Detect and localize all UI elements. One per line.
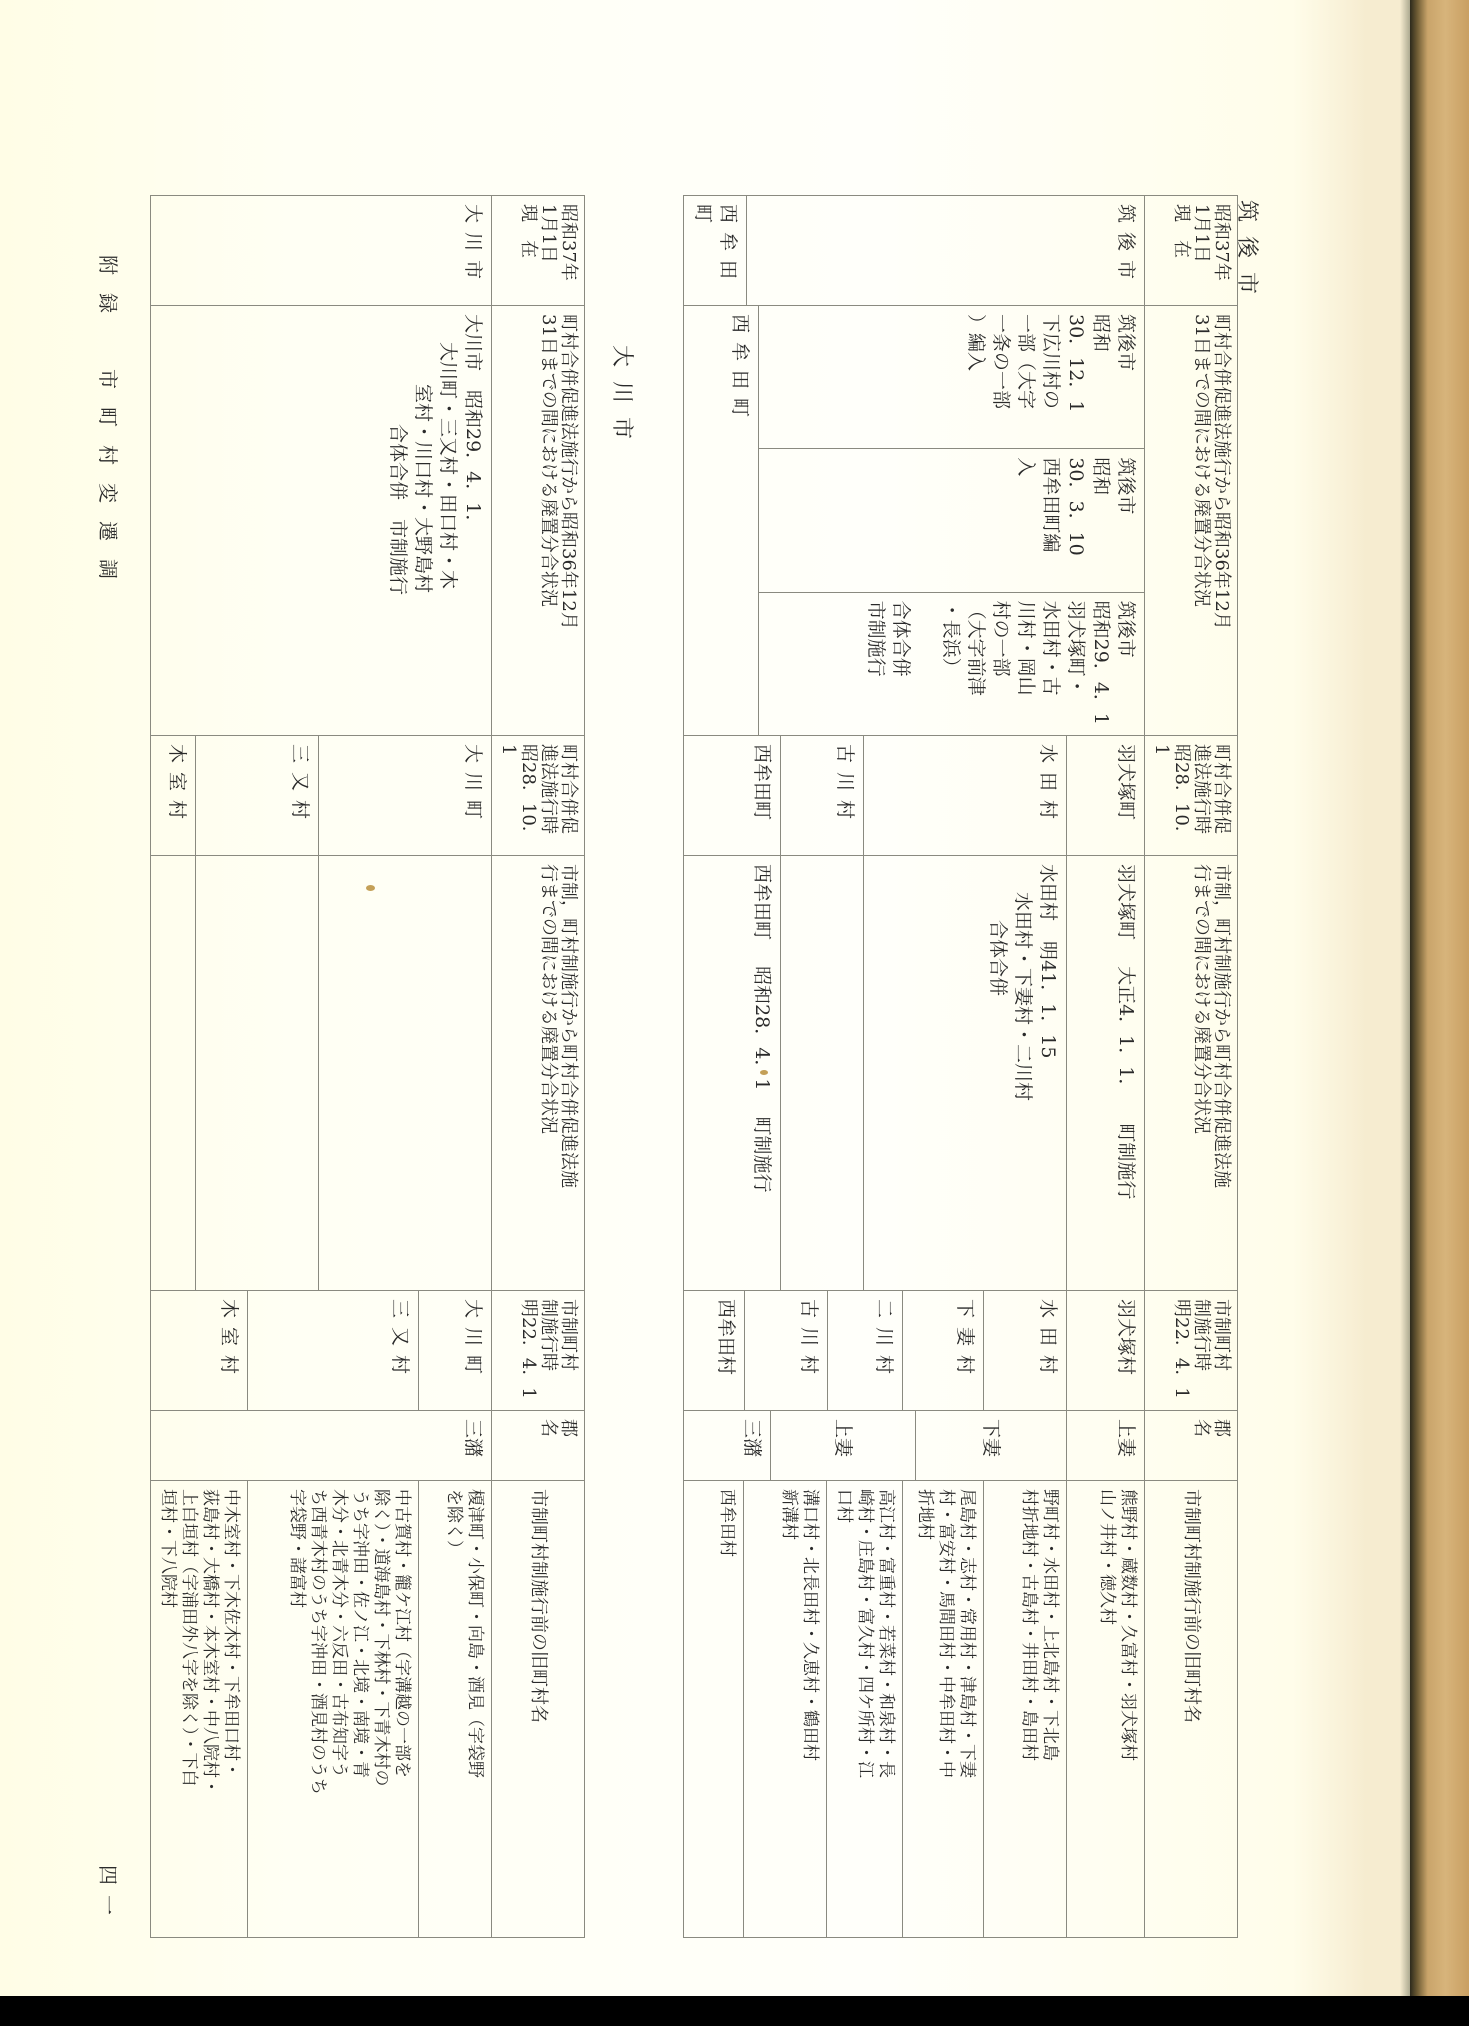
pre-event-empty [781,856,864,1290]
village-1889: 水田村 [984,1291,1067,1410]
promotion-law-cell: 羽犬塚町 水田村 古川村 西牟田町 [684,736,1145,856]
merger-events-cell: 筑後市 昭和 30．12．1 下広川村の 一部（大字 一条の一部 ）編入 筑後市… [684,306,1145,736]
village-1889: 下妻村 [903,1291,984,1410]
old-names-entry: 熊野村・蔵数村・久富村・羽犬塚村 山ノ井村・徳久村 [1067,1481,1144,1937]
pre-event-name: 西牟田町 [751,864,773,940]
merger-city: 筑後市 [1113,601,1138,727]
old-names-entry: 溝口村・北長田村・久恵村・鶴田村 新溝村 [744,1481,827,1937]
old-names-entry: 尾島村・志村・常用村・津島村・下妻 村・富安村・馬間田村・中牟田村・中 折地村 [903,1481,984,1937]
town-1953: 三又村 [196,736,319,855]
old-names-entry: 西牟田村 [684,1481,744,1937]
municipal-law-cell: 大川町 三又村 木室村 [151,1291,492,1411]
district-name: 三潴 [151,1411,492,1481]
old-names-entry: 高江村・富重村・若菜村・和泉村・長 崎村・庄島村・富久村・四ケ所村・江 口村 [827,1481,903,1937]
header-district: 郡 名 [492,1411,585,1481]
header-old-names: 市制町村制施行前の旧町村名 [1145,1481,1238,1938]
merger-text: 西牟田町編 入 [1013,457,1063,583]
municipal-law-cell: 羽犬塚村 水田村 下妻村 二川村 古川村 西牟田村 [684,1291,1145,1411]
merger-city: 筑後市 [1113,457,1138,583]
merger-event: 筑後市 昭和 30．12．1 下広川村の 一部（大字 一条の一部 ）編入 [759,306,1144,449]
pre-events-cell [151,856,492,1291]
pre-events-cell: 羽犬塚町 大正4．1．1． 町制施行 水田村明41．1．15 水田村・下妻村・二… [684,856,1145,1291]
table-body-row: 大川市 大川市 昭和29．4．1． 大川町・三又村・田口村・木 室村・川口村・大… [151,196,492,1938]
district-name: 上妻 [1067,1411,1144,1480]
header-current: 昭和37年 1月1日 現 在 [1145,196,1238,306]
village-1889: 羽犬塚村 [1067,1291,1144,1410]
header-district: 郡 名 [1145,1411,1238,1481]
town-1953: 大川町 [319,736,491,855]
current-city: 筑後市 [747,196,1144,305]
pre-event-members: 水田村・下妻村・二川村 [1010,864,1035,1282]
old-names-entry: 中木室村・下木佐木村・下牟田口村・ 荻島村・大橋村・本木室村・中八院村・ 上白垣… [151,1481,248,1937]
pre-event-action: 町制施行 [751,1116,773,1192]
pre-event-date: 昭和28．4．1 [751,966,773,1090]
okawa-table: 昭和37年 1月1日 現 在 町村合併促進法施行から昭和36年12月 31日まで… [150,195,585,1938]
page-number: 四一 [95,1865,124,1925]
merger-event: 大川市 昭和29．4．1． 大川町・三又村・田口村・木 室村・川口村・大野島村 … [151,306,492,736]
town-1953: 水田村 [864,736,1067,855]
pre-event-date: 大正4．1．1． [1115,966,1137,1097]
district-name: 三潴 [684,1411,771,1480]
merger-line: 大川市 昭和29．4．1． [460,314,485,727]
village-1889: 二川村 [828,1291,903,1410]
merger-event: 筑後市 昭和 30．3．10 西牟田町編 入 [759,449,1144,592]
village-1889: 三又村 [248,1291,419,1410]
merger-line: 合体合併 市制施行 [385,314,410,727]
header-current: 昭和37年 1月1日 現 在 [492,196,585,306]
district-name: 上妻 [771,1411,916,1480]
district-name: 下妻 [916,1411,1067,1480]
promotion-law-cell: 大川町 三又村 木室村 [151,736,492,856]
table-header-row: 昭和37年 1月1日 現 在 町村合併促進法施行から昭和36年12月 31日まで… [492,196,585,1938]
town-1953: 木室村 [151,736,196,855]
header-at-municipal-law: 市制町村 制施行時 明22．4．1 [1145,1291,1238,1411]
merger-text: 羽犬塚町・ 水田村・古 川村・岡山 村の一部 （大字前津 ・長浜） 合体合併 市… [863,601,1088,727]
village-1889: 西牟田村 [684,1291,745,1410]
header-merger-period: 町村合併促進法施行から昭和36年12月 31日までの間における廃置分合状況 [1145,306,1238,736]
header-old-names: 市制町村制施行前の旧町村名 [492,1481,585,1938]
header-pre-promotion-period: 市制，町村制施行から町村合併促進法施 行までの間における廃置分合状況 [492,856,585,1291]
merger-event: 筑後市 昭和29．4．1 羽犬塚町・ 水田村・古 川村・岡山 村の一部 （大字前… [759,593,1144,735]
merger-text: 下広川村の 一部（大字 一条の一部 ）編入 [963,314,1063,440]
merger-line: 室村・川口村・大野島村 [410,314,435,727]
district-cell: 上妻 下妻 上妻 三潴 [684,1411,1145,1481]
current-city: 大川市 [151,196,492,306]
pre-event-action: 合体合併 [985,864,1010,1282]
village-1889: 大川町 [419,1291,491,1410]
table-body-row: 筑後市 西牟田町 筑後市 昭和 30．12．1 下広川村の 一部（大字 一条の一… [684,196,1145,1938]
header-at-promotion-law: 町村合併促 進法施行時 昭28．10．1 [1145,736,1238,856]
merger-date: 昭和 30．3．10 [1063,457,1113,583]
header-at-promotion-law: 町村合併促 進法施行時 昭28．10．1 [492,736,585,856]
current-cell: 筑後市 西牟田町 [684,196,1145,306]
header-merger-period: 町村合併促進法施行から昭和36年12月 31日までの間における廃置分合状況 [492,306,585,736]
pre-event: 水田村明41．1．15 水田村・下妻村・二川村 合体合併 [864,856,1067,1290]
old-names-cell: 熊野村・蔵数村・久富村・羽犬塚村 山ノ井村・徳久村 野町村・水田村・上北島村・下… [684,1481,1145,1938]
town-1953: 西牟田町 [684,736,781,855]
merger-date: 昭和 30．12．1 [1063,314,1113,440]
merger-line: 大川町・三又村・田口村・木 [435,314,460,727]
current-nishimuta: 西牟田町 [684,196,747,305]
merger-nishimuta: 西牟田町 [684,306,759,735]
pre-event-name: 羽犬塚町 [1115,864,1137,940]
chikugo-table: 昭和37年 1月1日 現 在 町村合併促進法施行から昭和36年12月 31日まで… [683,195,1238,1938]
old-names-entry: 中古賀村・籠ケ江村（字溝越の一部を 除く）・道海島村・下林村・下青木村の うち字… [248,1481,419,1937]
village-1889: 古川村 [745,1291,828,1410]
town-1953: 古川村 [781,736,864,855]
village-1889: 木室村 [151,1291,248,1410]
pre-event: 羽犬塚町 大正4．1．1． 町制施行 [1067,856,1144,1290]
rotated-page-content: 筑後市 昭和37年 1月1日 現 在 町村合併促進法施行から昭和36年12月 3… [0,0,1469,2026]
pre-event-action: 町制施行 [1115,1123,1137,1199]
merger-city: 筑後市 [1113,314,1138,440]
section-title-okawa: 大川市 [608,345,639,453]
old-names-cell: 榎津町・小保町・向島・酒見（字袋野 を除く） 中古賀村・籠ケ江村（字溝越の一部を… [151,1481,492,1938]
merger-date: 昭和29．4．1 [1088,601,1113,727]
town-1953: 羽犬塚町 [1067,736,1144,855]
pre-event-date: 明41．1．15 [1037,941,1059,1058]
pre-event: 西牟田町 昭和28．4．1 町制施行 [684,856,781,1290]
pre-event-name: 水田村 [1037,864,1059,921]
header-at-municipal-law: 市制町村 制施行時 明22．4．1 [492,1291,585,1411]
appendix-footer-title: 附録 市町村変遷調 [95,255,124,597]
table-header-row: 昭和37年 1月1日 現 在 町村合併促進法施行から昭和36年12月 31日まで… [1145,196,1238,1938]
old-names-entry: 榎津町・小保町・向島・酒見（字袋野 を除く） [419,1481,491,1937]
header-pre-promotion-period: 市制，町村制施行から町村合併促進法施 行までの間における廃置分合状況 [1145,856,1238,1291]
old-names-entry: 野町村・水田村・上北島村・下北島 村折地村・古島村・井田村・島田村 [984,1481,1067,1937]
